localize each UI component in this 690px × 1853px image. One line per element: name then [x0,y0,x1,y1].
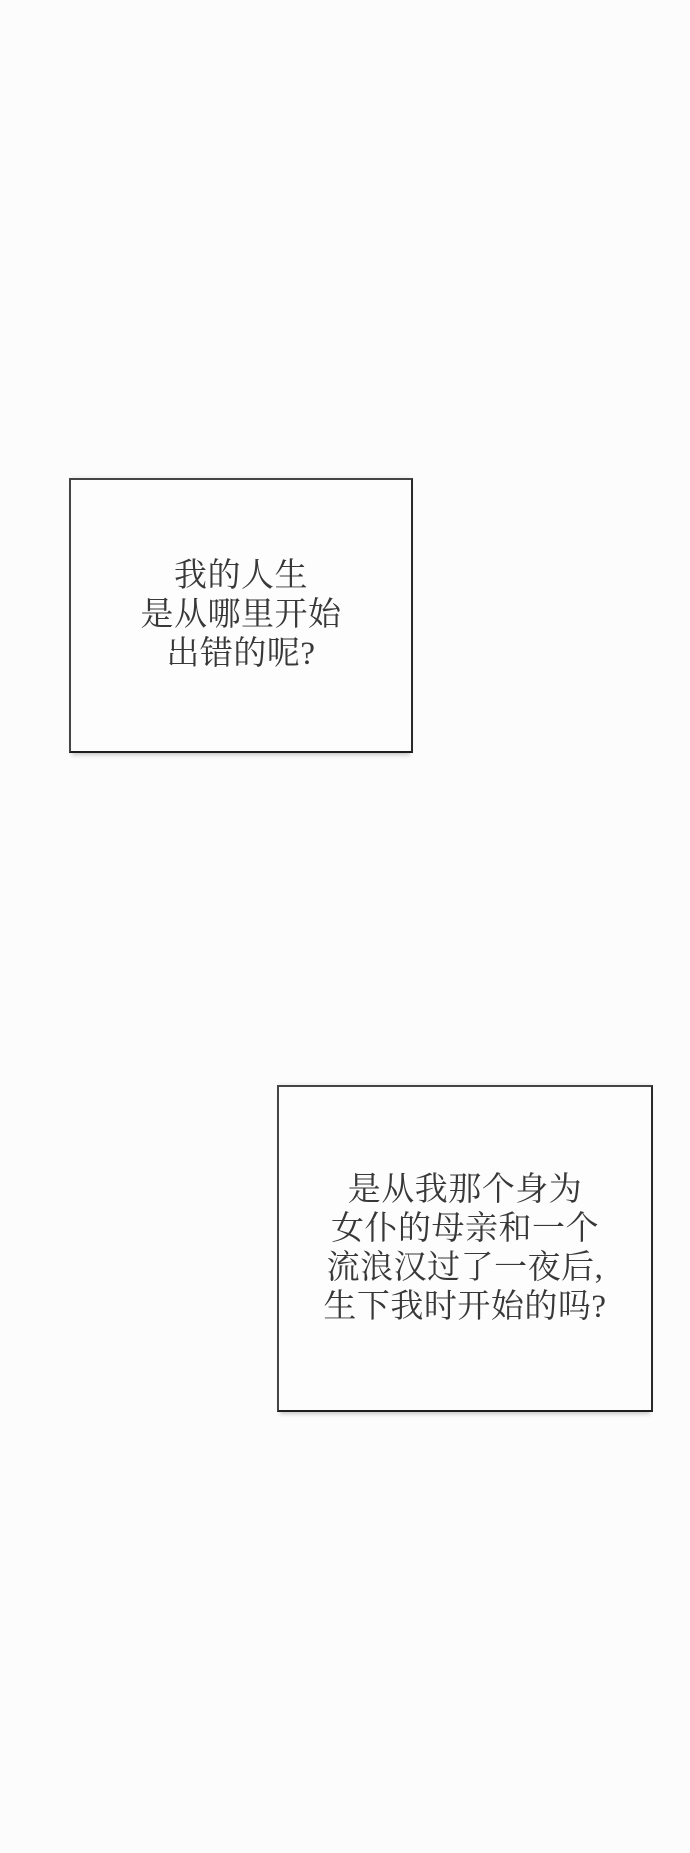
caption-box-1: 我的人生 是从哪里开始 出错的呢? [69,478,413,753]
caption-line: 流浪汉过了一夜后, [327,1249,604,1288]
comic-page: 我的人生 是从哪里开始 出错的呢? 是从我那个身为 女仆的母亲和一个 流浪汉过了… [0,0,690,1853]
caption-line: 是从我那个身为 [348,1171,583,1210]
caption-line: 女仆的母亲和一个 [331,1210,599,1249]
caption-line: 出错的呢? [166,635,315,674]
caption-box-2: 是从我那个身为 女仆的母亲和一个 流浪汉过了一夜后, 生下我时开始的吗? [277,1085,653,1412]
caption-line: 是从哪里开始 [141,596,342,635]
caption-line: 我的人生 [174,557,308,596]
caption-line: 生下我时开始的吗? [323,1288,606,1327]
